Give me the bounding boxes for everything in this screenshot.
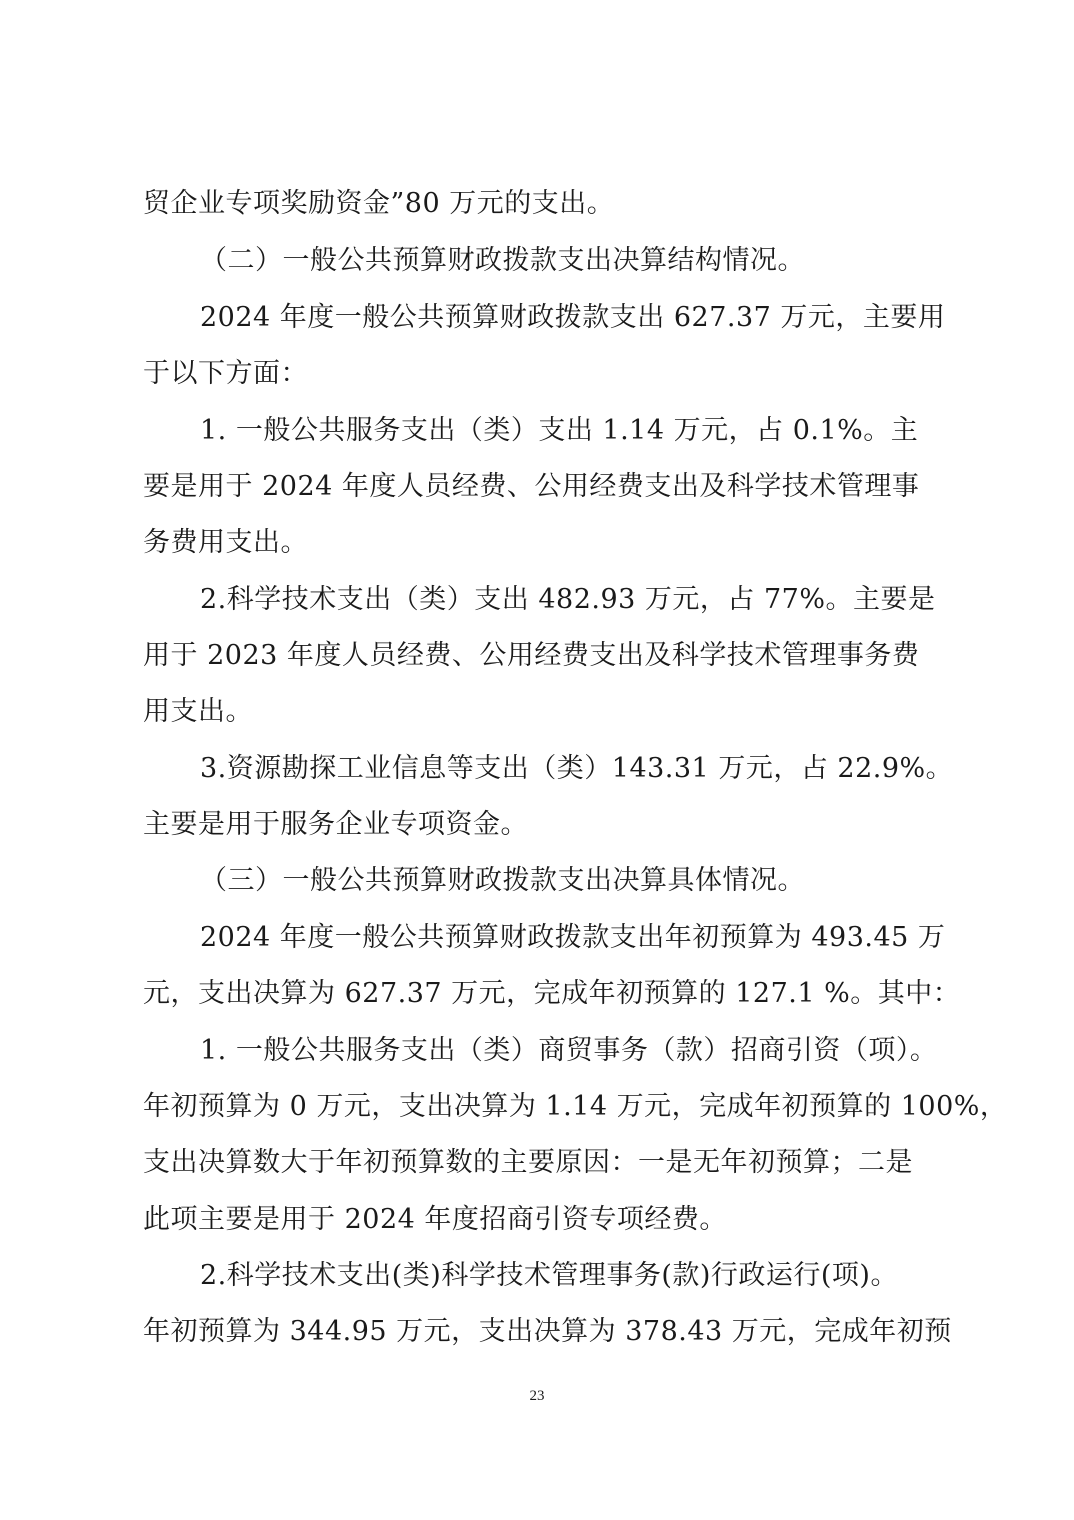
page-number: 23 xyxy=(0,1388,1074,1405)
text-line: 支出决算数大于年初预算数的主要原因：一是无年初预算；二是 xyxy=(143,1145,943,1181)
text-line: 2024 年度一般公共预算财政拨款支出年初预算为 493.45 万 xyxy=(200,920,1000,956)
text-line: 2.科学技术支出（类）支出 482.93 万元，占 77%。主要是 xyxy=(200,582,1000,618)
text-line: 2.科学技术支出(类)科学技术管理事务(款)行政运行(项)。 xyxy=(200,1258,1000,1294)
text-line: 1. 一般公共服务支出（类）商贸事务（款）招商引资（项）。 xyxy=(200,1033,1000,1069)
text-line: 年初预算为 344.95 万元，支出决算为 378.43 万元，完成年初预 xyxy=(143,1314,943,1350)
text-line: 用支出。 xyxy=(143,694,943,730)
text-line: 务费用支出。 xyxy=(143,525,943,561)
text-line: 要是用于 2024 年度人员经费、公用经费支出及科学技术管理事 xyxy=(143,469,943,505)
text-line: 贸企业专项奖励资金”80 万元的支出。 xyxy=(143,186,943,222)
text-line: 此项主要是用于 2024 年度招商引资专项经费。 xyxy=(143,1202,943,1238)
text-line: 年初预算为 0 万元，支出决算为 1.14 万元，完成年初预算的 100%， xyxy=(143,1089,943,1125)
text-line: 用于 2023 年度人员经费、公用经费支出及科学技术管理事务费 xyxy=(143,638,943,674)
document-page: 贸企业专项奖励资金”80 万元的支出。 （二）一般公共预算财政拨款支出决算结构情… xyxy=(0,0,1074,1520)
section-heading: （二）一般公共预算财政拨款支出决算结构情况。 xyxy=(200,243,1000,279)
text-line: 2024 年度一般公共预算财政拨款支出 627.37 万元，主要用 xyxy=(200,300,1000,336)
text-line: 1. 一般公共服务支出（类）支出 1.14 万元，占 0.1%。主 xyxy=(200,413,1000,449)
text-line: 3.资源勘探工业信息等支出（类）143.31 万元，占 22.9%。 xyxy=(200,751,1000,787)
text-line: 于以下方面： xyxy=(143,356,943,392)
section-heading: （三）一般公共预算财政拨款支出决算具体情况。 xyxy=(200,863,1000,899)
text-line: 元，支出决算为 627.37 万元，完成年初预算的 127.1 %。其中： xyxy=(143,976,943,1012)
text-line: 主要是用于服务企业专项资金。 xyxy=(143,807,943,843)
